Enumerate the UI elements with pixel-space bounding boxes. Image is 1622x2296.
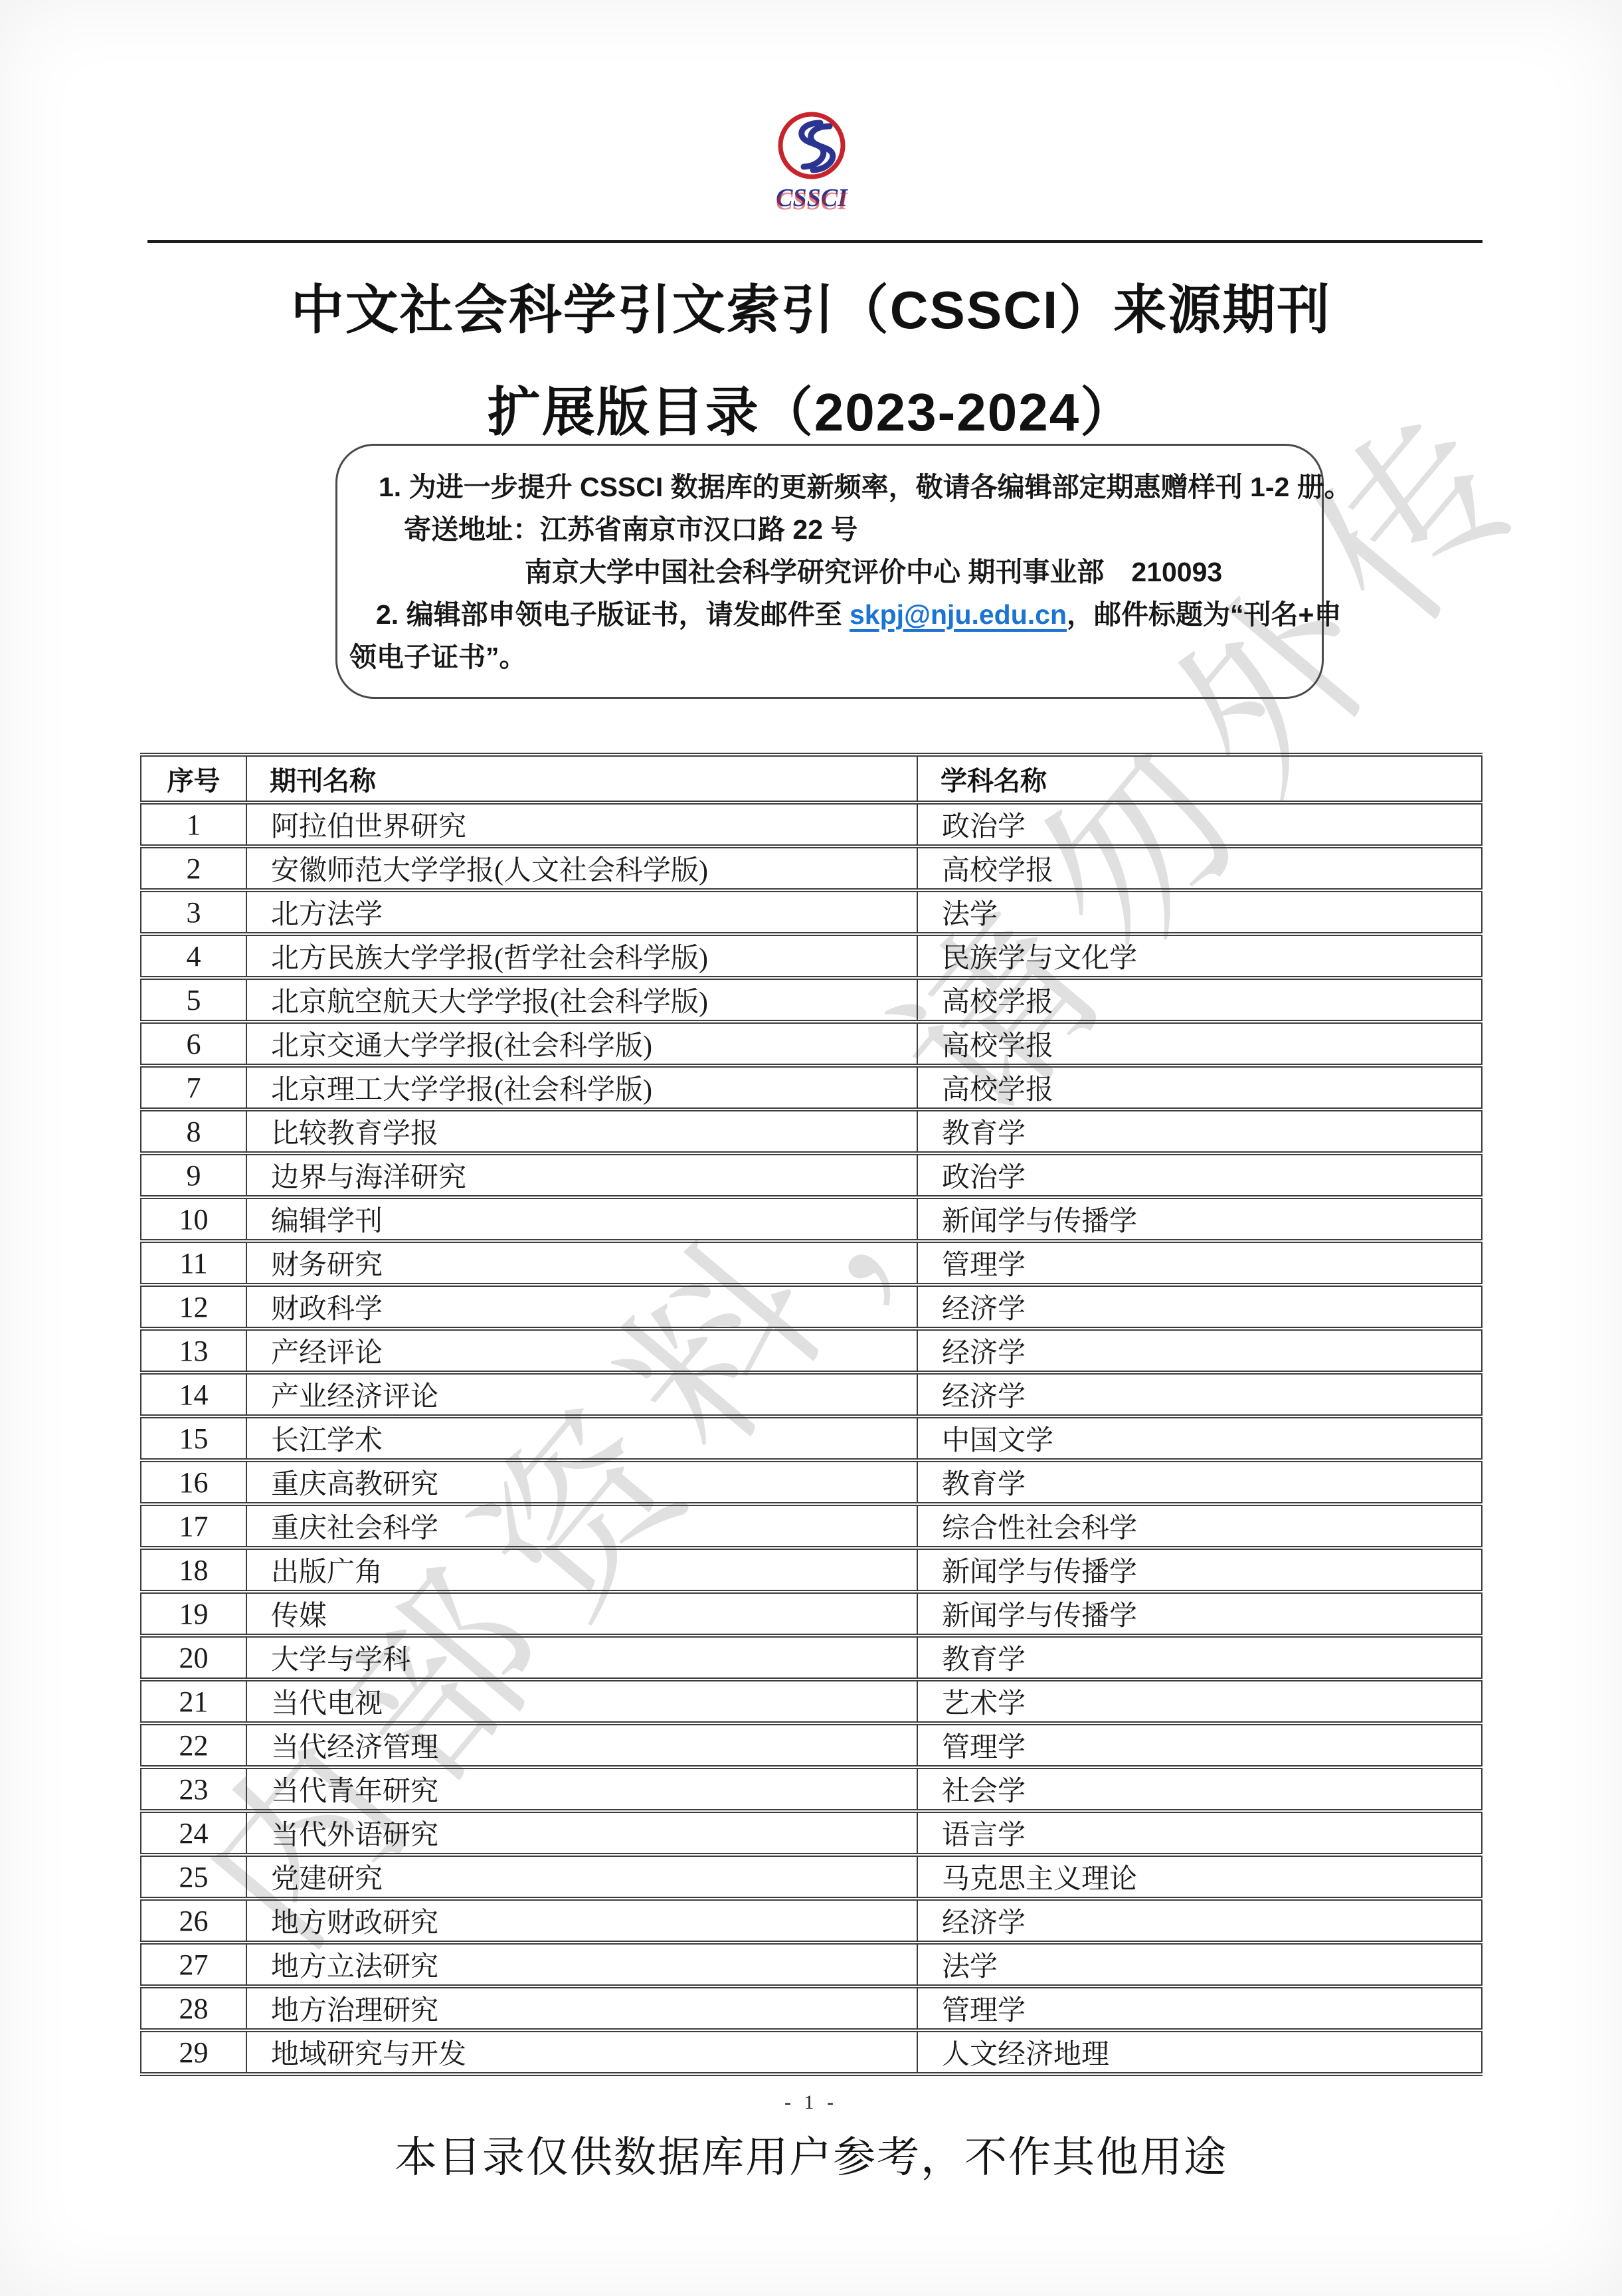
cell-index: 6 <box>141 1022 246 1066</box>
cell-journal-name: 财务研究 <box>246 1241 917 1285</box>
cell-journal-name: 地方立法研究 <box>246 1943 917 1986</box>
cell-journal-name: 重庆社会科学 <box>246 1504 917 1548</box>
cell-subject-name: 教育学 <box>917 1460 1482 1504</box>
cell-subject-name: 管理学 <box>917 1986 1482 2030</box>
table-row: 6 北京交通大学学报(社会科学版) 高校学报 <box>141 1022 1482 1066</box>
cell-journal-name: 安徽师范大学学报(人文社会科学版) <box>246 846 917 890</box>
cell-journal-name: 当代外语研究 <box>246 1811 917 1855</box>
table-row: 15 长江学术 中国文学 <box>141 1416 1482 1460</box>
notice-box: 1. 为进一步提升 CSSCI 数据库的更新频率，敬请各编辑部定期惠赠样刊 1-… <box>335 444 1324 699</box>
cell-index: 16 <box>141 1460 246 1504</box>
cell-index: 29 <box>141 2030 246 2074</box>
page-title-line2: 扩展版目录（2023-2024） <box>0 369 1622 446</box>
column-header-journal: 期刊名称 <box>246 755 917 803</box>
cell-journal-name: 大学与学科 <box>246 1636 917 1679</box>
cell-subject-name: 管理学 <box>917 1723 1482 1767</box>
cell-index: 14 <box>141 1373 246 1416</box>
cell-subject-name: 高校学报 <box>917 1022 1482 1066</box>
cell-journal-name: 地方治理研究 <box>246 1986 917 2030</box>
cell-index: 10 <box>141 1197 246 1241</box>
table-row: 28 地方治理研究 管理学 <box>141 1986 1482 2030</box>
cell-subject-name: 马克思主义理论 <box>917 1855 1482 1899</box>
cell-journal-name: 重庆高教研究 <box>246 1460 917 1504</box>
cell-subject-name: 新闻学与传播学 <box>917 1592 1482 1636</box>
table-row: 10 编辑学刊 新闻学与传播学 <box>141 1197 1482 1241</box>
table-row: 22 当代经济管理 管理学 <box>141 1723 1482 1767</box>
notice-address-line2: 南京大学中国社会科学研究评价中心 期刊事业部 210093 <box>525 551 1322 593</box>
table-header-row: 序号 期刊名称 学科名称 <box>141 755 1482 803</box>
cell-subject-name: 中国文学 <box>917 1416 1482 1460</box>
notice-item2-prefix: 2. 编辑部申领电子版证书，请发邮件至 <box>376 599 850 630</box>
table-body: 1 阿拉伯世界研究 政治学 2 安徽师范大学学报(人文社会科学版) 高校学报 3… <box>141 803 1482 2074</box>
cell-index: 25 <box>141 1855 246 1899</box>
cell-subject-name: 经济学 <box>917 1285 1482 1329</box>
cell-index: 21 <box>141 1679 246 1723</box>
cell-subject-name: 新闻学与传播学 <box>917 1548 1482 1592</box>
cell-index: 27 <box>141 1943 246 1986</box>
cell-journal-name: 地方财政研究 <box>246 1899 917 1943</box>
cell-index: 24 <box>141 1811 246 1855</box>
logo-wordmark-shadow: CSSCI <box>776 187 848 215</box>
cell-subject-name: 艺术学 <box>917 1679 1482 1723</box>
cell-index: 13 <box>141 1329 246 1373</box>
cell-journal-name: 出版广角 <box>246 1548 917 1592</box>
cell-journal-name: 北京理工大学学报(社会科学版) <box>246 1066 917 1109</box>
cssci-logo-icon: CSSCI CSSCI <box>742 105 881 215</box>
table-row: 26 地方财政研究 经济学 <box>141 1899 1482 1943</box>
cell-index: 8 <box>141 1109 246 1153</box>
cell-index: 9 <box>141 1153 246 1197</box>
cell-subject-name: 民族学与文化学 <box>917 934 1482 978</box>
cell-subject-name: 综合性社会科学 <box>917 1504 1482 1548</box>
cell-subject-name: 教育学 <box>917 1636 1482 1679</box>
table-row: 13 产经评论 经济学 <box>141 1329 1482 1373</box>
table-row: 23 当代青年研究 社会学 <box>141 1767 1482 1811</box>
cell-journal-name: 长江学术 <box>246 1416 917 1460</box>
cell-index: 26 <box>141 1899 246 1943</box>
cell-subject-name: 管理学 <box>917 1241 1482 1285</box>
cell-subject-name: 语言学 <box>917 1811 1482 1855</box>
column-header-index: 序号 <box>141 755 246 803</box>
cell-journal-name: 当代青年研究 <box>246 1767 917 1811</box>
table-row: 9 边界与海洋研究 政治学 <box>141 1153 1482 1197</box>
page-title-line1: 中文社会科学引文索引（CSSCI）来源期刊 <box>0 267 1622 343</box>
cell-index: 11 <box>141 1241 246 1285</box>
cell-journal-name: 地域研究与开发 <box>246 2030 917 2074</box>
table-row: 19 传媒 新闻学与传播学 <box>141 1592 1482 1636</box>
table-row: 4 北方民族大学学报(哲学社会科学版) 民族学与文化学 <box>141 934 1482 978</box>
cell-subject-name: 高校学报 <box>917 846 1482 890</box>
cell-index: 17 <box>141 1504 246 1548</box>
cell-index: 22 <box>141 1723 246 1767</box>
cell-subject-name: 政治学 <box>917 803 1482 846</box>
cell-index: 15 <box>141 1416 246 1460</box>
header-divider <box>147 240 1483 243</box>
table-row: 5 北京航空航天大学学报(社会科学版) 高校学报 <box>141 978 1482 1022</box>
cell-subject-name: 政治学 <box>917 1153 1482 1197</box>
table-row: 3 北方法学 法学 <box>141 890 1482 934</box>
cell-journal-name: 阿拉伯世界研究 <box>246 803 917 846</box>
cell-journal-name: 北京航空航天大学学报(社会科学版) <box>246 978 917 1022</box>
cell-journal-name: 党建研究 <box>246 1855 917 1899</box>
cell-subject-name: 人文经济地理 <box>917 2030 1482 2074</box>
notice-item1: 1. 为进一步提升 CSSCI 数据库的更新频率，敬请各编辑部定期惠赠样刊 1-… <box>379 466 1322 508</box>
notice-item2: 2. 编辑部申领电子版证书，请发邮件至 skpj@nju.edu.cn，邮件标题… <box>376 593 1322 636</box>
cell-index: 23 <box>141 1767 246 1811</box>
cell-index: 3 <box>141 890 246 934</box>
footer-note: 本目录仅供数据库用户参考，不作其他用途 <box>0 2123 1622 2184</box>
table-row: 29 地域研究与开发 人文经济地理 <box>141 2030 1482 2074</box>
email-link[interactable]: skpj@nju.edu.cn <box>850 599 1067 630</box>
cell-index: 1 <box>141 803 246 846</box>
table-row: 24 当代外语研究 语言学 <box>141 1811 1482 1855</box>
table-row: 1 阿拉伯世界研究 政治学 <box>141 803 1482 846</box>
notice-item2-continuation: 领电子证书”。 <box>349 636 1322 678</box>
table-row: 21 当代电视 艺术学 <box>141 1679 1482 1723</box>
cell-index: 20 <box>141 1636 246 1679</box>
cell-journal-name: 财政科学 <box>246 1285 917 1329</box>
cell-journal-name: 编辑学刊 <box>246 1197 917 1241</box>
cell-subject-name: 高校学报 <box>917 1066 1482 1109</box>
column-header-subject: 学科名称 <box>917 755 1482 803</box>
table-row: 27 地方立法研究 法学 <box>141 1943 1482 1986</box>
cell-journal-name: 北方法学 <box>246 890 917 934</box>
cell-journal-name: 边界与海洋研究 <box>246 1153 917 1197</box>
cell-journal-name: 传媒 <box>246 1592 917 1636</box>
cell-journal-name: 北京交通大学学报(社会科学版) <box>246 1022 917 1066</box>
cell-index: 7 <box>141 1066 246 1109</box>
table-row: 11 财务研究 管理学 <box>141 1241 1482 1285</box>
table-row: 8 比较教育学报 教育学 <box>141 1109 1482 1153</box>
cell-index: 19 <box>141 1592 246 1636</box>
cssci-logo: CSSCI CSSCI <box>742 105 881 215</box>
cell-index: 12 <box>141 1285 246 1329</box>
cell-subject-name: 法学 <box>917 1943 1482 1986</box>
cell-subject-name: 经济学 <box>917 1329 1482 1373</box>
notice-address-line1: 寄送地址：江苏省南京市汉口路 22 号 <box>404 508 1322 551</box>
cell-subject-name: 社会学 <box>917 1767 1482 1811</box>
page-number: - 1 - <box>0 2091 1622 2114</box>
cell-journal-name: 当代经济管理 <box>246 1723 917 1767</box>
table-row: 17 重庆社会科学 综合性社会科学 <box>141 1504 1482 1548</box>
table-row: 18 出版广角 新闻学与传播学 <box>141 1548 1482 1592</box>
cell-subject-name: 高校学报 <box>917 978 1482 1022</box>
cell-subject-name: 法学 <box>917 890 1482 934</box>
cell-journal-name: 北方民族大学学报(哲学社会科学版) <box>246 934 917 978</box>
cell-index: 18 <box>141 1548 246 1592</box>
cell-journal-name: 当代电视 <box>246 1679 917 1723</box>
document-page: 内部资料，请勿外传 CSSCI CSSCI 中文社会科学引文索引（CSSCI）来… <box>0 0 1622 2296</box>
table-row: 12 财政科学 经济学 <box>141 1285 1482 1329</box>
cell-index: 28 <box>141 1986 246 2030</box>
cell-index: 2 <box>141 846 246 890</box>
cell-journal-name: 产业经济评论 <box>246 1373 917 1416</box>
table-row: 20 大学与学科 教育学 <box>141 1636 1482 1679</box>
table-row: 14 产业经济评论 经济学 <box>141 1373 1482 1416</box>
cell-journal-name: 产经评论 <box>246 1329 917 1373</box>
cell-index: 4 <box>141 934 246 978</box>
notice-item2-suffix: ，邮件标题为“刊名+申 <box>1067 599 1341 630</box>
cell-subject-name: 教育学 <box>917 1109 1482 1153</box>
cell-index: 5 <box>141 978 246 1022</box>
cell-subject-name: 经济学 <box>917 1899 1482 1943</box>
table-row: 7 北京理工大学学报(社会科学版) 高校学报 <box>141 1066 1482 1109</box>
cell-journal-name: 比较教育学报 <box>246 1109 917 1153</box>
cell-subject-name: 经济学 <box>917 1373 1482 1416</box>
table-row: 16 重庆高教研究 教育学 <box>141 1460 1482 1504</box>
journal-table: 序号 期刊名称 学科名称 1 阿拉伯世界研究 政治学 2 安徽师范大学学报(人文… <box>140 753 1483 2076</box>
table-row: 25 党建研究 马克思主义理论 <box>141 1855 1482 1899</box>
table-row: 2 安徽师范大学学报(人文社会科学版) 高校学报 <box>141 846 1482 890</box>
cell-subject-name: 新闻学与传播学 <box>917 1197 1482 1241</box>
